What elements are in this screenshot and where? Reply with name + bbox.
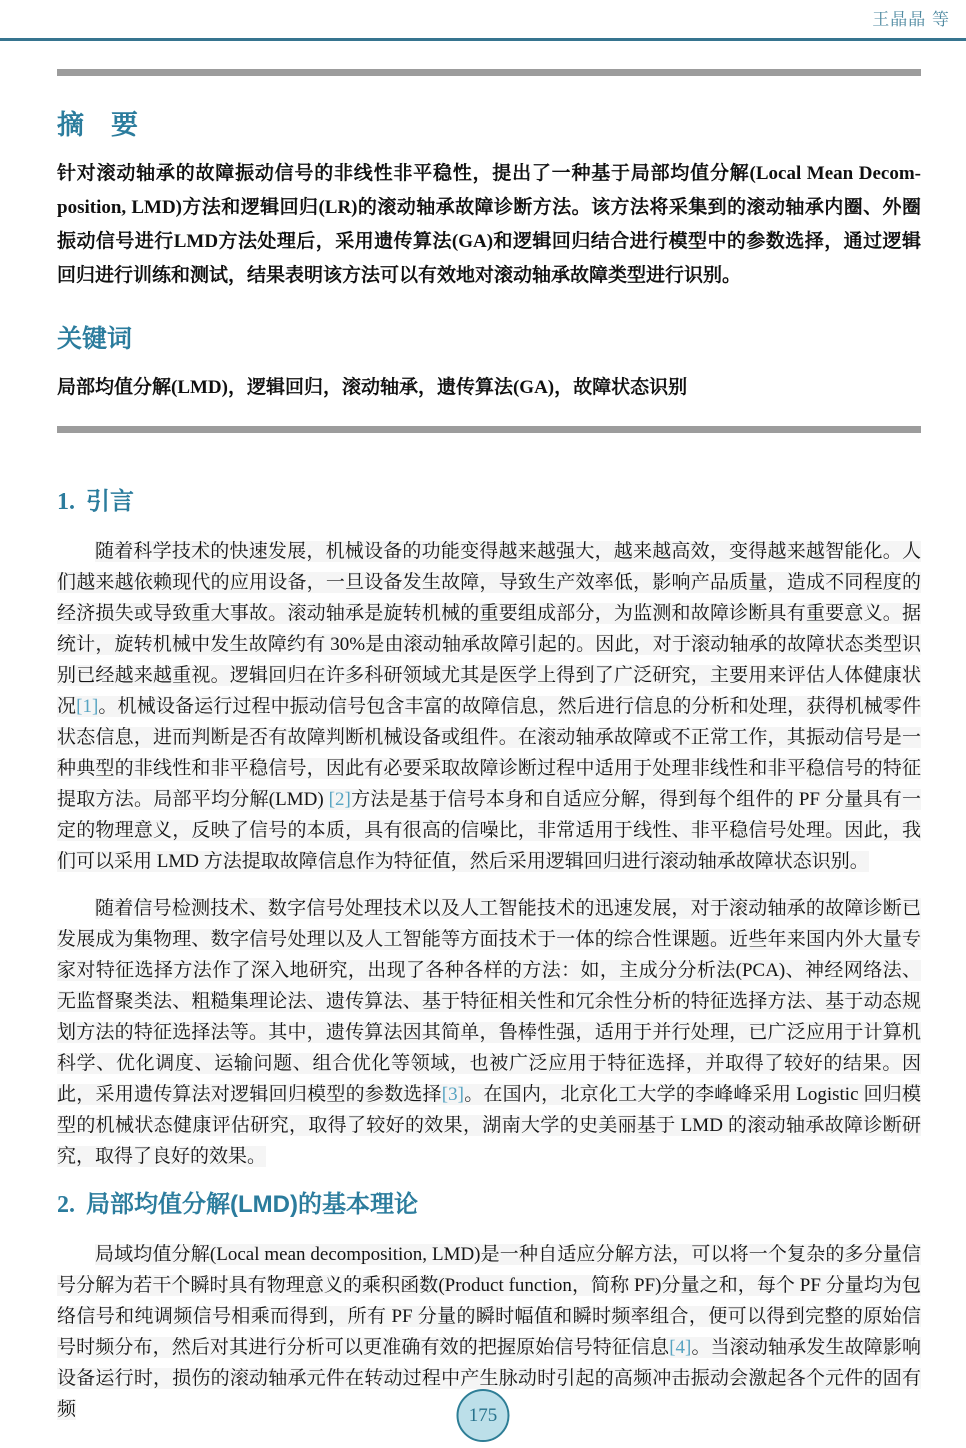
section-2-title: 局部均值分解(LMD)的基本理论 (86, 1191, 418, 1218)
page-content: 摘 要 针对滚动轴承的故障振动信号的非线性非平稳性，提出了一种基于局部均值分解(… (57, 41, 921, 1425)
separator-bar-top (57, 69, 921, 76)
keywords-heading: 关键词 (57, 319, 921, 355)
section-1-paragraph-1: 随着科学技术的快速发展，机械设备的功能变得越来越强大，越来越高效，变得越来越智能… (57, 536, 921, 877)
section-1-title: 引言 (86, 488, 134, 515)
page-number: 175 (469, 1405, 498, 1427)
paragraph-text: 随着信号检测技术、数字信号处理技术以及人工智能技术的迅速发展，对于滚动轴承的故障… (57, 898, 921, 1105)
section-1-paragraph-2: 随着信号检测技术、数字信号处理技术以及人工智能技术的迅速发展，对于滚动轴承的故障… (57, 893, 921, 1172)
citation-ref-3[interactable]: [3] (442, 1084, 464, 1105)
keywords-text-body: 局部均值分解(LMD)，逻辑回归，滚动轴承，遗传算法(GA)，故障状态识别 (57, 377, 687, 398)
running-head-author: 王晶晶 等 (872, 5, 950, 30)
abstract-text-body: 针对滚动轴承的故障振动信号的非线性非平稳性，提出了一种基于局部均值分解(Loca… (57, 163, 921, 286)
separator-bar-middle (57, 426, 921, 433)
citation-ref-2[interactable]: [2] (329, 789, 351, 810)
abstract-text: 针对滚动轴承的故障振动信号的非线性非平稳性，提出了一种基于局部均值分解(Loca… (57, 157, 921, 293)
section-1-number: 1. (57, 489, 75, 515)
paragraph-text: 随着科学技术的快速发展，机械设备的功能变得越来越强大，越来越高效，变得越来越智能… (57, 541, 921, 717)
section-2-heading: 2.局部均值分解(LMD)的基本理论 (57, 1184, 921, 1219)
section-2-number: 2. (57, 1192, 75, 1218)
abstract-heading: 摘 要 (57, 103, 921, 142)
citation-ref-4[interactable]: [4] (669, 1337, 691, 1358)
section-1-heading: 1.引言 (57, 481, 921, 516)
keywords-text: 局部均值分解(LMD)，逻辑回归，滚动轴承，遗传算法(GA)，故障状态识别 (57, 372, 921, 399)
citation-ref-1[interactable]: [1] (76, 696, 98, 717)
page-number-badge: 175 (457, 1389, 510, 1442)
paper-page: { "header": { "author": "王晶晶 等" }, "abst… (0, 0, 966, 1448)
